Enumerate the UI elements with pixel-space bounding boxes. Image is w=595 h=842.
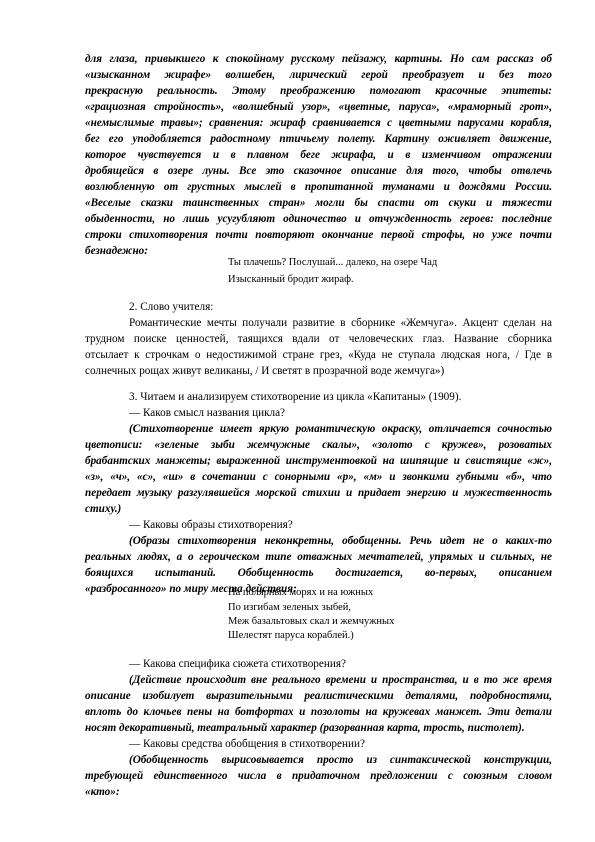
question-3: — Какова специфика сюжета стихотворения?: [129, 656, 552, 672]
answer2-line: (Образы стихотворения неконкретны, обобщ…: [129, 533, 552, 549]
intro-line: для глаза, привыкшего к спокойному русск…: [85, 51, 552, 67]
answer1-line: передает музыку разгулявшейся морской ст…: [85, 485, 552, 501]
answer1-line: цветописи: «зеленые зыби жемчужные скалы…: [85, 437, 552, 453]
section2-heading: 2. Слово учителя:: [129, 299, 552, 315]
intro-line: обыденности, но лишь усугубляют одиночес…: [85, 211, 552, 227]
answer2-line: боящихся испытаний. Обобщенность достига…: [85, 565, 552, 581]
answer3-line: носят декоративный, театральный характер…: [85, 720, 552, 736]
poem2-line: На полярных морях и на южных: [228, 585, 548, 601]
answer4-line: (Обобщенность вырисовывается просто из с…: [129, 752, 552, 768]
question-1: — Каков смысл названия цикла?: [129, 405, 552, 421]
answer1-line: (Стихотворение имеет яркую романтическую…: [129, 421, 552, 437]
section2-line: солнечных рощах живут великаны, / И свет…: [85, 363, 552, 379]
answer3-line: вплоть до клочьев пены на ботфортах и по…: [85, 704, 552, 720]
section3-heading: 3. Читаем и анализируем стихотворение из…: [129, 389, 552, 405]
section2-line: Романтические мечты получали развитие в …: [129, 315, 552, 331]
answer1-line: стиху.): [85, 501, 552, 517]
answer1-line: «з», «ч», «с», «ш» в сочетании с сонорны…: [85, 469, 552, 485]
question-4: — Каковы средства обобщения в стихотворе…: [129, 736, 552, 752]
answer4-line: требующей единственного числа в придаточ…: [85, 768, 552, 784]
section2-line: трудном поиске ценностей, таящихся вдали…: [85, 331, 552, 347]
document-page: для глаза, привыкшего к спокойному русск…: [0, 0, 595, 842]
intro-line: «Веселые сказки таинственных стран» могл…: [85, 195, 552, 211]
poem2-line: Шелестят паруса кораблей.): [228, 628, 548, 644]
intro-line: дробящейся в озере луны. Все это сказочн…: [85, 163, 552, 179]
answer1-line: брабантских манжеты; выраженной инструме…: [85, 453, 552, 469]
poem1-line: Изысканный бродит жираф.: [228, 272, 548, 288]
question-2: — Каковы образы стихотворения?: [129, 517, 552, 533]
intro-line: «грациозная стройность», «волшебный узор…: [85, 99, 552, 115]
intro-line: прекрасную реальность. Этому преображени…: [85, 83, 552, 99]
answer4-line: «кто»:: [85, 784, 552, 800]
intro-line: «немыслимые травы»; сравнения: жираф сра…: [85, 115, 552, 131]
answer3-line: (Действие происходит вне реального време…: [129, 672, 552, 688]
section2-line: отсылает к строчкам о недостижимой стран…: [85, 347, 552, 363]
answer2-line: реальных людях, а о героическом типе отв…: [85, 549, 552, 565]
intro-line: «изысканном жирафе» волшебен, лирический…: [85, 67, 552, 83]
intro-line: бег его уподобляется радостному птичьему…: [85, 131, 552, 147]
intro-line: которое чувствуется и в плавном беге жир…: [85, 147, 552, 163]
intro-line: строки стихотворения почти повторяют око…: [85, 227, 552, 243]
answer3-line: описание изобилует выразительными реалис…: [85, 688, 552, 704]
poem1-line: Ты плачешь? Послушай... далеко, на озере…: [228, 255, 548, 271]
intro-line: возлюбленную от грустных мыслей в пропит…: [85, 179, 552, 195]
